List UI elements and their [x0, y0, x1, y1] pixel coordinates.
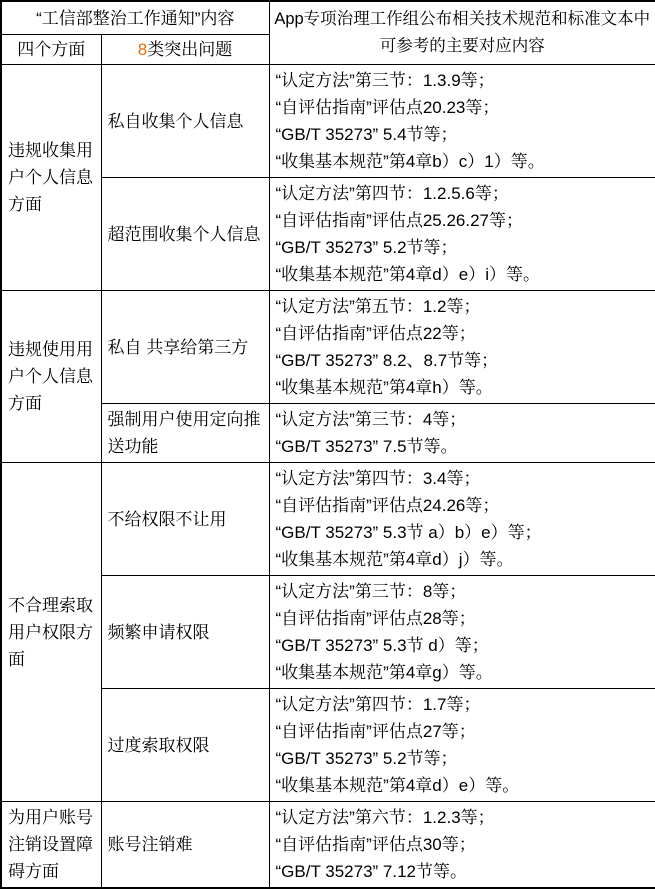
ref-line: “自评估指南”评估点24.26等；	[276, 492, 650, 519]
table-row: 不合理索取用户权限方面 不给权限不让用 “认定方法”第四节：3.4等； “自评估…	[1, 463, 655, 576]
header-app-group-title: App专项治理工作组公布相关技术规范和标准文本中可参考的主要对应内容	[269, 1, 655, 65]
refs-cell: “认定方法”第三节：1.3.9等； “自评估指南”评估点20.23等； “GB/…	[269, 65, 655, 178]
ref-line: “自评估指南”评估点27等；	[276, 718, 650, 745]
problem-cell: 频繁申请权限	[101, 576, 269, 689]
ref-line: “GB/T 35273” 5.2节等；	[276, 234, 650, 261]
ref-line: “收集基本规范”第4章d）e）i）等。	[276, 261, 650, 288]
refs-cell: “认定方法”第三节：4等； “GB/T 35273” 7.5节等。	[269, 404, 655, 463]
problem-cell: 不给权限不让用	[101, 463, 269, 576]
problems-text: 类突出问题	[147, 40, 232, 59]
ref-line: “收集基本规范”第4章h）等。	[276, 374, 650, 401]
refs-cell: “认定方法”第四节：3.4等； “自评估指南”评估点24.26等； “GB/T …	[269, 463, 655, 576]
aspect-cell: 为用户账号注销设置障碍方面	[1, 802, 101, 889]
ref-line: “认定方法”第三节：4等；	[276, 406, 650, 433]
problem-cell: 私自收集个人信息	[101, 65, 269, 178]
header-problems-label: 8类突出问题	[101, 35, 269, 65]
refs-cell: “认定方法”第六节：1.2.3等； “自评估指南”评估点30等； “GB/T 3…	[269, 802, 655, 889]
ref-line: “自评估指南”评估点25.26.27等；	[276, 207, 650, 234]
ref-line: “收集基本规范”第4章d）e）等。	[276, 772, 650, 799]
regulation-mapping-table: “工信部整治工作通知”内容 App专项治理工作组公布相关技术规范和标准文本中可参…	[0, 0, 655, 889]
ref-line: “GB/T 35273” 8.2、8.7节等；	[276, 347, 650, 374]
header-aspects-label: 四个方面	[1, 35, 101, 65]
header-row-1: “工信部整治工作通知”内容 App专项治理工作组公布相关技术规范和标准文本中可参…	[1, 1, 655, 35]
ref-line: “GB/T 35273” 7.5节等。	[276, 433, 650, 460]
ref-line: “认定方法”第四节：1.2.5.6等；	[276, 180, 650, 207]
header-notice-title: “工信部整治工作通知”内容	[1, 1, 269, 35]
ref-line: “GB/T 35273” 5.2节等；	[276, 745, 650, 772]
ref-line: “认定方法”第三节：1.3.9等；	[276, 67, 650, 94]
problem-cell: 超范围收集个人信息	[101, 178, 269, 291]
problem-cell: 强制用户使用定向推送功能	[101, 404, 269, 463]
ref-line: “认定方法”第四节：1.7等；	[276, 691, 650, 718]
document-page: “工信部整治工作通知”内容 App专项治理工作组公布相关技术规范和标准文本中可参…	[0, 0, 655, 889]
refs-cell: “认定方法”第三节：8等； “自评估指南”评估点28等； “GB/T 35273…	[269, 576, 655, 689]
aspect-cell: 违规使用用户个人信息方面	[1, 291, 101, 463]
table-row: 违规收集用户个人信息方面 私自收集个人信息 “认定方法”第三节：1.3.9等； …	[1, 65, 655, 178]
ref-line: “自评估指南”评估点30等；	[276, 831, 650, 858]
table-row: 违规使用用户个人信息方面 私自 共享给第三方 “认定方法”第五节：1.2等； “…	[1, 291, 655, 404]
problem-cell: 账号注销难	[101, 802, 269, 889]
table-row: 为用户账号注销设置障碍方面 账号注销难 “认定方法”第六节：1.2.3等； “自…	[1, 802, 655, 889]
ref-line: “GB/T 35273” 5.4节等；	[276, 121, 650, 148]
ref-line: “自评估指南”评估点22等；	[276, 320, 650, 347]
aspect-cell: 违规收集用户个人信息方面	[1, 65, 101, 291]
problem-cell: 私自 共享给第三方	[101, 291, 269, 404]
ref-line: “GB/T 35273” 5.3节 d）等；	[276, 632, 650, 659]
problems-count: 8	[138, 40, 147, 59]
ref-line: “收集基本规范”第4章b）c）1）等。	[276, 148, 650, 175]
ref-line: “自评估指南”评估点20.23等；	[276, 94, 650, 121]
ref-line: “认定方法”第六节：1.2.3等；	[276, 804, 650, 831]
ref-line: “收集基本规范”第4章g）等。	[276, 659, 650, 686]
problem-cell: 过度索取权限	[101, 689, 269, 802]
ref-line: “自评估指南”评估点28等；	[276, 605, 650, 632]
ref-line: “GB/T 35273” 7.12节等。	[276, 858, 650, 885]
ref-line: “GB/T 35273” 5.3节 a）b）e）等；	[276, 519, 650, 546]
refs-cell: “认定方法”第五节：1.2等； “自评估指南”评估点22等； “GB/T 352…	[269, 291, 655, 404]
ref-line: “认定方法”第五节：1.2等；	[276, 293, 650, 320]
ref-line: “认定方法”第四节：3.4等；	[276, 465, 650, 492]
ref-line: “认定方法”第三节：8等；	[276, 578, 650, 605]
refs-cell: “认定方法”第四节：1.7等； “自评估指南”评估点27等； “GB/T 352…	[269, 689, 655, 802]
refs-cell: “认定方法”第四节：1.2.5.6等； “自评估指南”评估点25.26.27等；…	[269, 178, 655, 291]
aspect-cell: 不合理索取用户权限方面	[1, 463, 101, 802]
ref-line: “收集基本规范”第4章d）j）等。	[276, 546, 650, 573]
